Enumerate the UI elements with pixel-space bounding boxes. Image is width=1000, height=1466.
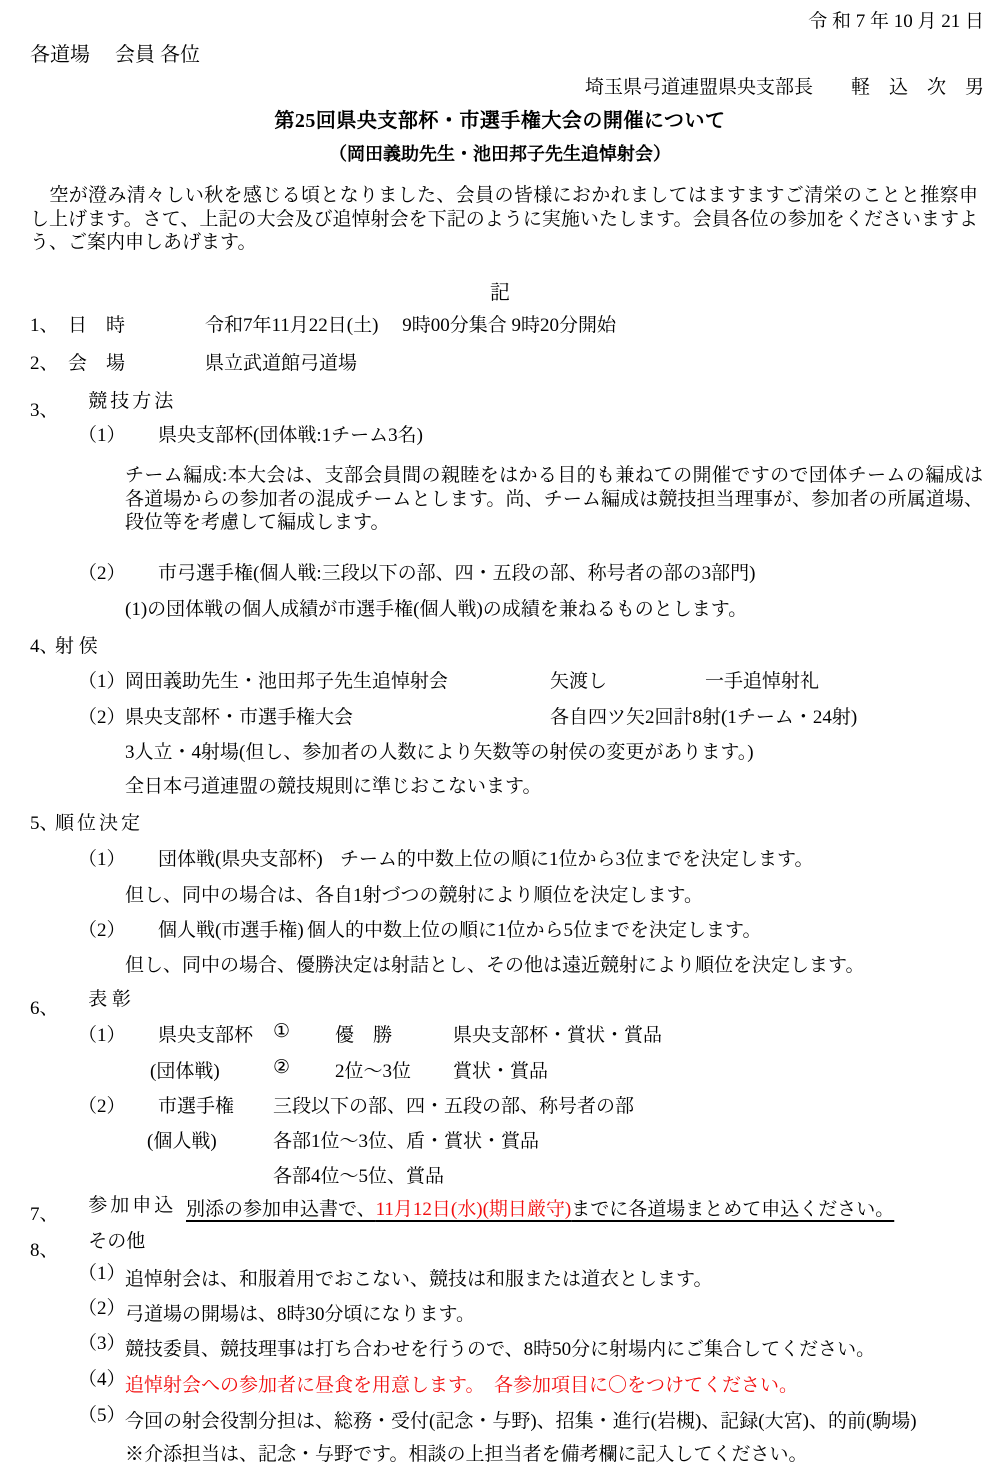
issue-date-line: 令 和 7 年 10 月 21 日 <box>0 6 1000 33</box>
section-8-item-3-text: 競技委員、競技理事は打ち合わせを行うので、8時50分に射場内にご集合してください… <box>125 1334 875 1361</box>
section-3-item-1-row: （1） 県央支部杯(団体戦:1チーム3名) <box>0 420 1000 447</box>
section-8-number: 8、 <box>30 1240 59 1261</box>
awards-row-3-text: 三段以下の部、四・五段の部、称号者の部 <box>273 1091 634 1118</box>
issuer: 埼玉県弓道連盟県央支部長 軽 込 次 男 <box>585 77 984 98</box>
section-8-item-2-row: （2） 弓道場の開場は、8時30分頃になります。 <box>0 1299 1000 1326</box>
section-8-item-1-number: （1） <box>78 1263 126 1284</box>
addressee: 各道場 会員 各位 <box>30 38 200 67</box>
record-mark-line: 記 <box>0 276 1000 303</box>
section-8-item-4-row: （4） 追悼射会への参加者に昼食を用意します。 各参加項目に〇をつけてください。 <box>0 1370 1000 1397</box>
item-2-label: 会 場 <box>68 348 125 375</box>
section-3-item-2-note-row: (1)の団体戦の個人成績が市選手権(個人戦)の成績を兼ねるものとします。 <box>0 594 1000 621</box>
awards-row-4-label: (個人戦) <box>147 1126 217 1153</box>
awards-row-2-place: 2位～3位 <box>335 1056 411 1083</box>
issuer-line: 埼玉県弓道連盟県央支部長 軽 込 次 男 <box>0 72 1000 99</box>
section-8-item-3-number: （3） <box>78 1333 126 1354</box>
section-7-label: 参加申込 <box>88 1195 176 1216</box>
section-7-row: 7、 参加申込 別添の参加申込書で、11月12日(水)(期日厳守)までに各道場ま… <box>0 1194 1000 1221</box>
section-3-item-2-row: （2） 市弓選手権(個人戦:三段以下の部、四・五段の部、称号者の部の3部門) <box>0 558 1000 585</box>
section-5-item-1-text: 団体戦(県央支部杯) <box>158 844 323 871</box>
section-8-item-1-row: （1） 追悼射会は、和服着用でおこない、競技は和服または道衣とします。 <box>0 1264 1000 1291</box>
awards-row-3: （2） 市選手権 三段以下の部、四・五段の部、称号者の部 <box>0 1091 1000 1118</box>
section-5-item-2-row: （2） 個人戦(市選手権) 個人的中数上位の順に1位から5位までを決定します。 <box>0 915 1000 942</box>
section-4-heading-row: 4、 射 侯 <box>0 631 1000 658</box>
section-5-item-2-number: （2） <box>78 915 126 942</box>
section-4-label: 射 侯 <box>55 631 98 658</box>
awards-row-2-mark: ② <box>273 1056 290 1079</box>
issue-date: 令 和 7 年 10 月 21 日 <box>808 11 984 32</box>
section-8-item-5-note: ※介添担当は、記念・与野です。相談の上担当者を備考欄に記入してください。 <box>125 1439 807 1466</box>
section-4-item-2-col2: 各自四ツ矢2回計8射(1チーム・24射) <box>550 702 857 729</box>
section-8-item-2-text: 弓道場の開場は、8時30分頃になります。 <box>125 1299 475 1326</box>
section-3-item-2-number: （2） <box>78 558 126 585</box>
item-1-number: 1、 <box>30 310 59 337</box>
awards-row-1-place: 優 勝 <box>335 1020 392 1047</box>
section-5-item-1-rule: チーム的中数上位の順に1位から3位までを決定します。 <box>340 844 813 871</box>
awards-row-1-prize: 県央支部杯・賞状・賞品 <box>453 1020 662 1047</box>
section-3-item-2-note: (1)の団体戦の個人成績が市選手権(個人戦)の成績を兼ねるものとします。 <box>125 594 747 621</box>
doc-subtitle: （岡田義助先生・池田邦子先生追悼射会） <box>329 144 671 164</box>
section-3-number: 3、 <box>30 400 59 421</box>
section-8-item-4-text: 追悼射会への参加者に昼食を用意します。 各参加項目に〇をつけてください。 <box>125 1370 798 1397</box>
section-4-note-1: 3人立・4射場(但し、参加者の人数により矢数等の射侯の変更があります。) <box>125 737 754 764</box>
team-formation-note: チーム編成:本大会は、支部会員間の親睦をはかる目的も兼ねての開催ですので団体チー… <box>125 464 983 535</box>
section-4-note-2-row: 全日本弓道連盟の競技規則に準じおこないます。 <box>0 771 1000 798</box>
section-4-item-2-text: 県央支部杯・市選手権大会 <box>125 702 353 729</box>
awards-row-1: （1） 県央支部杯 ① 優 勝 県央支部杯・賞状・賞品 <box>0 1020 1000 1047</box>
greeting-paragraph: 空が澄み清々しい秋を感じる頃となりました、会員の皆様におかれましてはますますご清… <box>30 184 978 255</box>
section-8-heading-row: 8、 その他 <box>0 1230 1000 1257</box>
item-1-label: 日 時 <box>68 310 125 337</box>
section-3-label: 競技方法 <box>88 391 176 412</box>
doc-title: 第25回県央支部杯・市選手権大会の開催について <box>274 110 725 132</box>
record-mark: 記 <box>490 282 510 304</box>
section-4-item-1-row: （1） 岡田義助先生・池田邦子先生追悼射会 矢渡し 一手追悼射礼 <box>0 666 1000 693</box>
section-4-item-1-text: 岡田義助先生・池田邦子先生追悼射会 <box>125 666 448 693</box>
section-3-heading-row: 3、 競技方法 <box>0 390 1000 417</box>
section-8-item-2-number: （2） <box>78 1298 126 1319</box>
section-6-number: 6、 <box>30 998 59 1019</box>
section-8-item-5-row: （5） 今回の射会役割分担は、総務・受付(記念・与野)、招集・進行(岩槻)、記録… <box>0 1406 1000 1433</box>
section-6-label: 表 彰 <box>88 989 131 1010</box>
item-2-venue-row: 2、 会 場 県立武道館弓道場 <box>0 348 1000 375</box>
awards-row-2: (団体戦) ② 2位～3位 賞状・賞品 <box>0 1056 1000 1083</box>
item-1-value: 令和7年11月22日(土) 9時00分集合 9時20分開始 <box>205 310 616 337</box>
deadline-sentence-suffix: までに各道場まとめて申込ください。 <box>571 1199 894 1220</box>
title-line: 第25回県央支部杯・市選手権大会の開催について <box>0 104 1000 131</box>
awards-row-2-label: (団体戦) <box>150 1056 220 1083</box>
section-4-item-1-col2: 矢渡し <box>550 666 607 693</box>
section-7-number: 7、 <box>30 1204 59 1225</box>
section-8-item-5-note-row: ※介添担当は、記念・与野です。相談の上担当者を備考欄に記入してください。 <box>0 1439 1000 1466</box>
section-5-item-1-note-row: 但し、同中の場合は、各自1射づつの競射により順位を決定します。 <box>0 880 1000 907</box>
awards-row-4: (個人戦) 各部1位～3位、盾・賞状・賞品 <box>0 1126 1000 1153</box>
section-5-item-1-number: （1） <box>78 844 126 871</box>
deadline-sentence-prefix: 別添の参加申込書で、 <box>186 1199 376 1220</box>
awards-row-1-label: 県央支部杯 <box>158 1020 253 1047</box>
section-5-item-1-note: 但し、同中の場合は、各自1射づつの競射により順位を決定します。 <box>125 880 703 907</box>
section-8-item-5-text: 今回の射会役割分担は、総務・受付(記念・与野)、招集・進行(岩槻)、記録(大宮)… <box>125 1406 917 1433</box>
awards-row-3-label: 市選手権 <box>158 1091 234 1118</box>
section-6-heading-row: 6、 表 彰 <box>0 988 1000 1015</box>
section-5-item-2-text: 個人戦(市選手権) <box>158 915 304 942</box>
item-1-datetime-row: 1、 日 時 令和7年11月22日(土) 9時00分集合 9時20分開始 <box>0 310 1000 337</box>
addressee-line: 各道場 会員 各位 <box>0 38 1000 65</box>
section-4-item-1-col3: 一手追悼射礼 <box>705 666 819 693</box>
subtitle-line: （岡田義助先生・池田邦子先生追悼射会） <box>0 140 1000 167</box>
section-8-item-5-number: （5） <box>78 1405 126 1426</box>
section-3-item-1-text: 県央支部杯(団体戦:1チーム3名) <box>158 420 423 447</box>
item-2-value: 県立武道館弓道場 <box>205 348 357 375</box>
section-4-note-2: 全日本弓道連盟の競技規則に準じおこないます。 <box>125 771 541 798</box>
section-4-note-1-row: 3人立・4射場(但し、参加者の人数により矢数等の射侯の変更があります。) <box>0 737 1000 764</box>
section-8-item-1-text: 追悼射会は、和服着用でおこない、競技は和服または道衣とします。 <box>125 1264 712 1291</box>
awards-row-2-prize: 賞状・賞品 <box>453 1056 548 1083</box>
awards-row-5-text: 各部4位～5位、賞品 <box>273 1161 444 1188</box>
section-5-heading-row: 5、 順位決定 <box>0 808 1000 835</box>
awards-row-5: 各部4位～5位、賞品 <box>0 1161 1000 1188</box>
section-3-item-1-number: （1） <box>78 420 126 447</box>
awards-row-3-number: （2） <box>78 1091 126 1118</box>
document-page: 令 和 7 年 10 月 21 日 各道場 会員 各位 埼玉県弓道連盟県央支部長… <box>0 0 1000 1466</box>
section-8-label: その他 <box>88 1231 145 1252</box>
section-5-item-1-row: （1） 団体戦(県央支部杯) チーム的中数上位の順に1位から3位までを決定します… <box>0 844 1000 871</box>
section-3-item-2-text: 市弓選手権(個人戦:三段以下の部、四・五段の部、称号者の部の3部門) <box>158 558 755 585</box>
item-2-number: 2、 <box>30 348 59 375</box>
section-5-label: 順位決定 <box>55 808 143 835</box>
section-8-item-4-number: （4） <box>78 1369 126 1390</box>
awards-row-4-text: 各部1位～3位、盾・賞状・賞品 <box>273 1126 539 1153</box>
deadline-date: 11月12日(水)(期日厳守) <box>376 1199 572 1220</box>
awards-row-1-mark: ① <box>273 1020 290 1043</box>
section-5-item-2-rule: 個人的中数上位の順に1位から5位までを決定します。 <box>307 915 761 942</box>
section-8-item-3-row: （3） 競技委員、競技理事は打ち合わせを行うので、8時50分に射場内にご集合して… <box>0 1334 1000 1361</box>
section-4-item-1-number: （1） <box>78 666 126 693</box>
section-5-item-2-note-row: 但し、同中の場合、優勝決定は射詰とし、その他は遠近競射により順位を決定します。 <box>0 950 1000 977</box>
section-4-item-2-row: （2） 県央支部杯・市選手権大会 各自四ツ矢2回計8射(1チーム・24射) <box>0 702 1000 729</box>
section-4-item-2-number: （2） <box>78 702 126 729</box>
section-5-item-2-note: 但し、同中の場合、優勝決定は射詰とし、その他は遠近競射により順位を決定します。 <box>125 950 864 977</box>
application-deadline-sentence: 別添の参加申込書で、11月12日(水)(期日厳守)までに各道場まとめて申込くださ… <box>186 1194 894 1221</box>
awards-row-1-number: （1） <box>78 1020 126 1047</box>
